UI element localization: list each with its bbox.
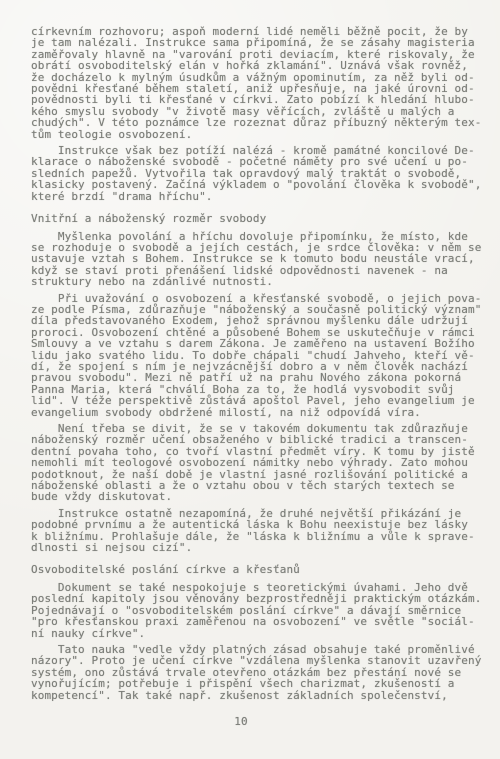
page-number: 10 <box>227 716 255 727</box>
section-heading: Osvoboditelské poslání církve a křesťanů <box>31 564 500 575</box>
paragraph: Není třeba se divit, že se v takovém dok… <box>31 423 500 503</box>
paragraph: Myšlenka povolání a hříchu dovoluje přip… <box>31 231 500 288</box>
paragraph: Při uvažování o osvobození a křesťanské … <box>31 293 500 418</box>
scanned-page: církevním rozhovoru; aspoň moderní lidé … <box>0 0 500 759</box>
paragraph: Instrukce však bez potíží nalézá - kromě… <box>31 145 500 202</box>
paragraph: Dokument se také nespokojuje s teoretick… <box>31 582 500 639</box>
section-heading: Vnitřní a náboženský rozměr svobody <box>31 213 500 224</box>
paragraph: Tato nauka "vedle vždy platných zásad ob… <box>31 644 500 701</box>
paragraph: Instrukce ostatně nezapomíná, že druhé n… <box>31 508 500 554</box>
paragraph: církevním rozhovoru; aspoň moderní lidé … <box>31 26 500 140</box>
